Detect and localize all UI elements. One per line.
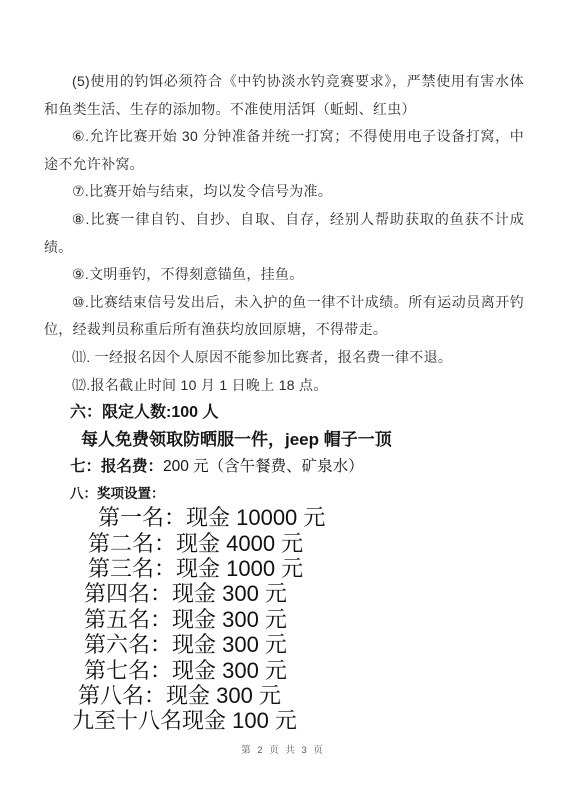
section-entry-fee: 七：报名费：200 元（含午餐费、矿泉水）	[70, 453, 524, 480]
prize-line: 第八名：现金 300 元	[78, 683, 524, 708]
prize-line: 第二名：现金 4000 元	[88, 531, 524, 556]
entry-fee-value: 200 元（含午餐费、矿泉水）	[163, 458, 364, 475]
prize-line: 九至十八名现金 100 元	[72, 708, 524, 733]
rule-paragraph: ⑧.比赛一律自钓、自抄、自取、自存，经别人帮助获取的鱼获不计成绩。	[44, 206, 524, 261]
rule-paragraph: ⑾. 一经报名因个人原因不能参加比赛者，报名费一律不退。	[44, 344, 524, 372]
section-awards-heading: 八：奖项设置：	[70, 480, 524, 507]
prize-line: 第七名：现金 300 元	[84, 658, 524, 683]
rule-paragraph: ⑨.文明垂钓，不得刻意锚鱼，挂鱼。	[44, 261, 524, 289]
rule-paragraph: ⑿.报名截止时间 10 月 1 日晚上 18 点。	[44, 372, 524, 400]
prize-line: 第三名：现金 1000 元	[88, 556, 524, 581]
rule-paragraph: ⑥.允许比赛开始 30 分钟准备并统一打窝；不得使用电子设备打窝，中途不允许补窝…	[44, 123, 524, 178]
prize-line: 第五名：现金 300 元	[84, 607, 524, 632]
rules-list: (5)使用的钓饵必须符合《中钓协淡水钓竞赛要求》，严禁使用有害水体和鱼类生活、生…	[44, 68, 524, 399]
prize-line: 第四名：现金 300 元	[84, 581, 524, 606]
rule-paragraph: (5)使用的钓饵必须符合《中钓协淡水钓竞赛要求》，严禁使用有害水体和鱼类生活、生…	[44, 68, 524, 123]
rule-paragraph: ⑦.比赛开始与结束，均以发令信号为准。	[44, 178, 524, 206]
entry-fee-label: 七：报名费：	[70, 458, 163, 475]
prize-line: 第六名：现金 300 元	[84, 632, 524, 657]
page-number-footer: 第 2 页 共 3 页	[0, 742, 566, 756]
prize-line: 第一名：现金 10000 元	[98, 505, 524, 530]
prize-list: 第一名：现金 10000 元第二名：现金 4000 元第三名：现金 1000 元…	[44, 505, 524, 734]
document-content: (5)使用的钓饵必须符合《中钓协淡水钓竞赛要求》，严禁使用有害水体和鱼类生活、生…	[44, 68, 524, 734]
section-free-gift: 每人免费领取防晒服一件，jeep 帽子一顶	[81, 426, 524, 453]
document-page: (5)使用的钓饵必须符合《中钓协淡水钓竞赛要求》，严禁使用有害水体和鱼类生活、生…	[0, 0, 566, 800]
rule-paragraph: ⑩.比赛结束信号发出后，未入护的鱼一律不计成绩。所有运动员离开钓位，经裁判员称重…	[44, 289, 524, 344]
section-participant-limit: 六：限定人数:100 人	[70, 399, 524, 426]
